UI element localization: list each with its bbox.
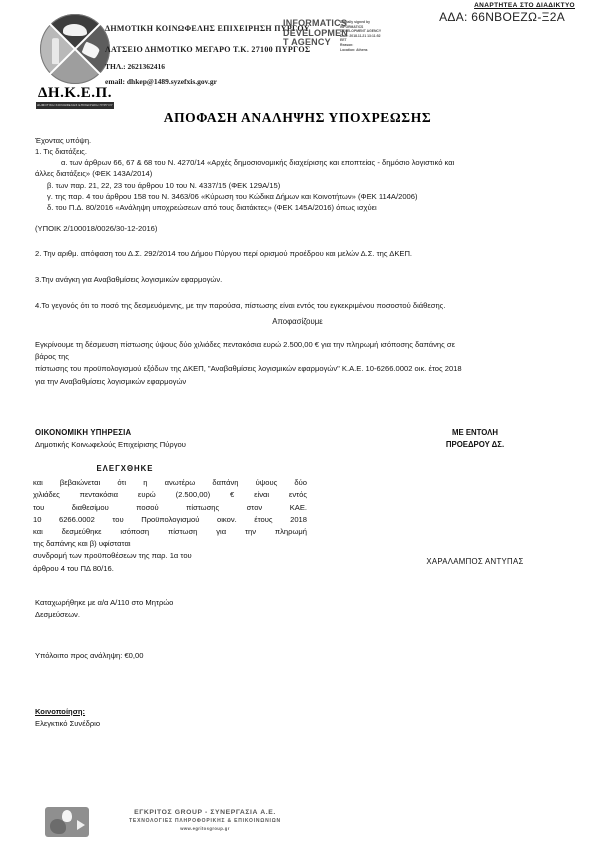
checked-certification-text-continued: της δαπάνης και β) υφίσταται συνδρομή τω…: [33, 538, 307, 575]
posting-notice: ΑΝΑΡΤΗΤΕΑ ΣΤΟ ΔΙΑΔΙΚΤΥΟ: [474, 2, 575, 9]
org-name: ΔΗΜΟΤΙΚΗ ΚΟΙΝΩΦΕΛΗΣ ΕΠΙΧΕΙΡΗΣΗ ΠΥΡΓΟΥ: [105, 24, 310, 33]
cc-recipient: Ελεγκτικό Συνέδριο: [35, 719, 100, 728]
approval-paragraph: Εγκρίνουμε τη δέσμευση πίστωσης ύψους δύ…: [35, 339, 567, 388]
law-reference-d: δ. του Π.Δ. 80/2016 «Ανάληψη υποχρεώσεων…: [35, 203, 567, 214]
footer-vendor-tagline: ΤΕΧΝΟΛΟΓΙΕΣ ΠΛΗΡΟΦΟΡΙΚΗΣ & ΕΠΙΚΟΙΝΩΝΙΩΝ: [95, 818, 315, 824]
logo-caption: ΔΗΜΟΤΙΚΗ ΚΟΙΝΩΦΕΛΗΣ ΕΠΙΧΕΙΡΗΣΗ ΠΥΡΓΟΥ: [36, 102, 114, 109]
preamble-intro: Έχοντας υπόψη.: [35, 136, 567, 147]
digital-signature-details: Digitally signed by INFORMATICS DEVELOPM…: [340, 20, 381, 52]
dove-emblem-icon: [81, 41, 100, 59]
org-email: email: dhkep@1489.syzefxis.gov.gr: [105, 77, 217, 86]
checked-heading: ΕΛΕΓΧΘΗΚΕ: [35, 464, 215, 473]
ypoik-circular-reference: (ΥΠΟΙΚ 2/100018/0026/30-12-2016): [35, 224, 567, 235]
checked-certification-text: και βεβαιώνεται ότι η ανωτέρω δαπάνη ύψο…: [33, 477, 307, 538]
preamble-item-1: 1. Τις διατάξεις.: [35, 147, 567, 158]
registry-entry-note: Καταχωρήθηκε με α/α Α/110 στο Μητρώο Δεσ…: [35, 597, 255, 621]
column-statue-icon: [52, 38, 59, 64]
cc-label: Κοινοποίηση:: [35, 707, 85, 716]
financial-service-subtitle: Δημοτικής Κοινωφελούς Επιχείρισης Πύργου: [35, 440, 186, 449]
remaining-balance: Υπόλοιπο προς ανάληψη: €0,00: [35, 651, 143, 660]
logo-acronym: ΔΗ.Κ.Ε.Π.: [36, 85, 114, 102]
by-order-label: ΜΕ ΕΝΤΟΛΗ: [400, 428, 550, 437]
law-reference-b: β. των παρ. 21, 22, 23 του άρθρου 10 του…: [35, 181, 567, 192]
document-title: ΑΠΟΦΑΣΗ ΑΝΑΛΗΨΗΣ ΥΠΟΧΡΕΩΣΗΣ: [0, 110, 595, 126]
org-address: ΛΑΤΣΕΙΟ ΔΗΜΟΤΙΚΟ ΜΕΓΑΡΟ Τ.Κ. 27100 ΠΥΡΓΟ…: [105, 45, 310, 54]
preamble-item-2: 2. Την αριθμ. απόφαση του Δ.Σ. 292/2014 …: [35, 249, 567, 260]
logo-circle-emblem-icon: [40, 14, 110, 84]
law-reference-a: α. των άρθρων 66, 67 & 68 του Ν. 4270/14…: [35, 158, 567, 180]
preamble-item-3: 3.Την ανάγκη για Αναβαθμίσεις λογισμικών…: [35, 275, 567, 286]
ada-code: ΑΔΑ: 66ΝΒΟΕΖΩ-Ξ2Α: [439, 10, 565, 24]
footer-vendor-name: ΕΓΚΡΙΤΟΣ GROUP - ΣΥΝΕΡΓΑΣΙΑ Α.Ε.: [95, 809, 315, 816]
digital-signature-stamp: INFORMATICS DEVELOPMEN T AGENCY: [283, 19, 348, 48]
financial-service-title: ΟΙΚΟΝΟΜΙΚΗ ΥΠΗΡΕΣΙΑ: [35, 428, 131, 437]
law-reference-c: γ. της παρ. 4 του άρθρου 158 του Ν. 3463…: [35, 192, 567, 203]
arrow-icon: [77, 820, 85, 830]
footer-vendor-website: www.egritosgroup.gr: [95, 826, 315, 831]
signatory-name: ΧΑΡΑΛΑΜΠΟΣ ΑΝΤΥΠΑΣ: [390, 557, 560, 566]
decision-heading: Αποφασίζουμε: [0, 317, 595, 326]
tree-icon: [50, 819, 66, 834]
document-page: ΑΝΑΡΤΗΤΕΑ ΣΤΟ ΔΙΑΔΙΚΤΥΟ ΑΔΑ: 66ΝΒΟΕΖΩ-Ξ2…: [0, 0, 595, 842]
footer-vendor-text: ΕΓΚΡΙΤΟΣ GROUP - ΣΥΝΕΡΓΑΣΙΑ Α.Ε. ΤΕΧΝΟΛΟ…: [95, 809, 315, 831]
lightbulb-icon: [62, 810, 72, 822]
lion-icon: [63, 24, 87, 36]
org-phone: ΤΗΛ.: 2621362416: [105, 62, 165, 71]
president-label: ΠΡΟΕΔΡΟΥ ΔΣ.: [400, 440, 550, 449]
organization-logo: ΔΗ.Κ.Ε.Π. ΔΗΜΟΤΙΚΗ ΚΟΙΝΩΦΕΛΗΣ ΕΠΙΧΕΙΡΗΣΗ…: [36, 14, 114, 109]
preamble-item-4: 4.Το γεγονός ότι το ποσό της δεσμευόμενη…: [35, 301, 567, 312]
footer-vendor-logo: [45, 807, 89, 837]
